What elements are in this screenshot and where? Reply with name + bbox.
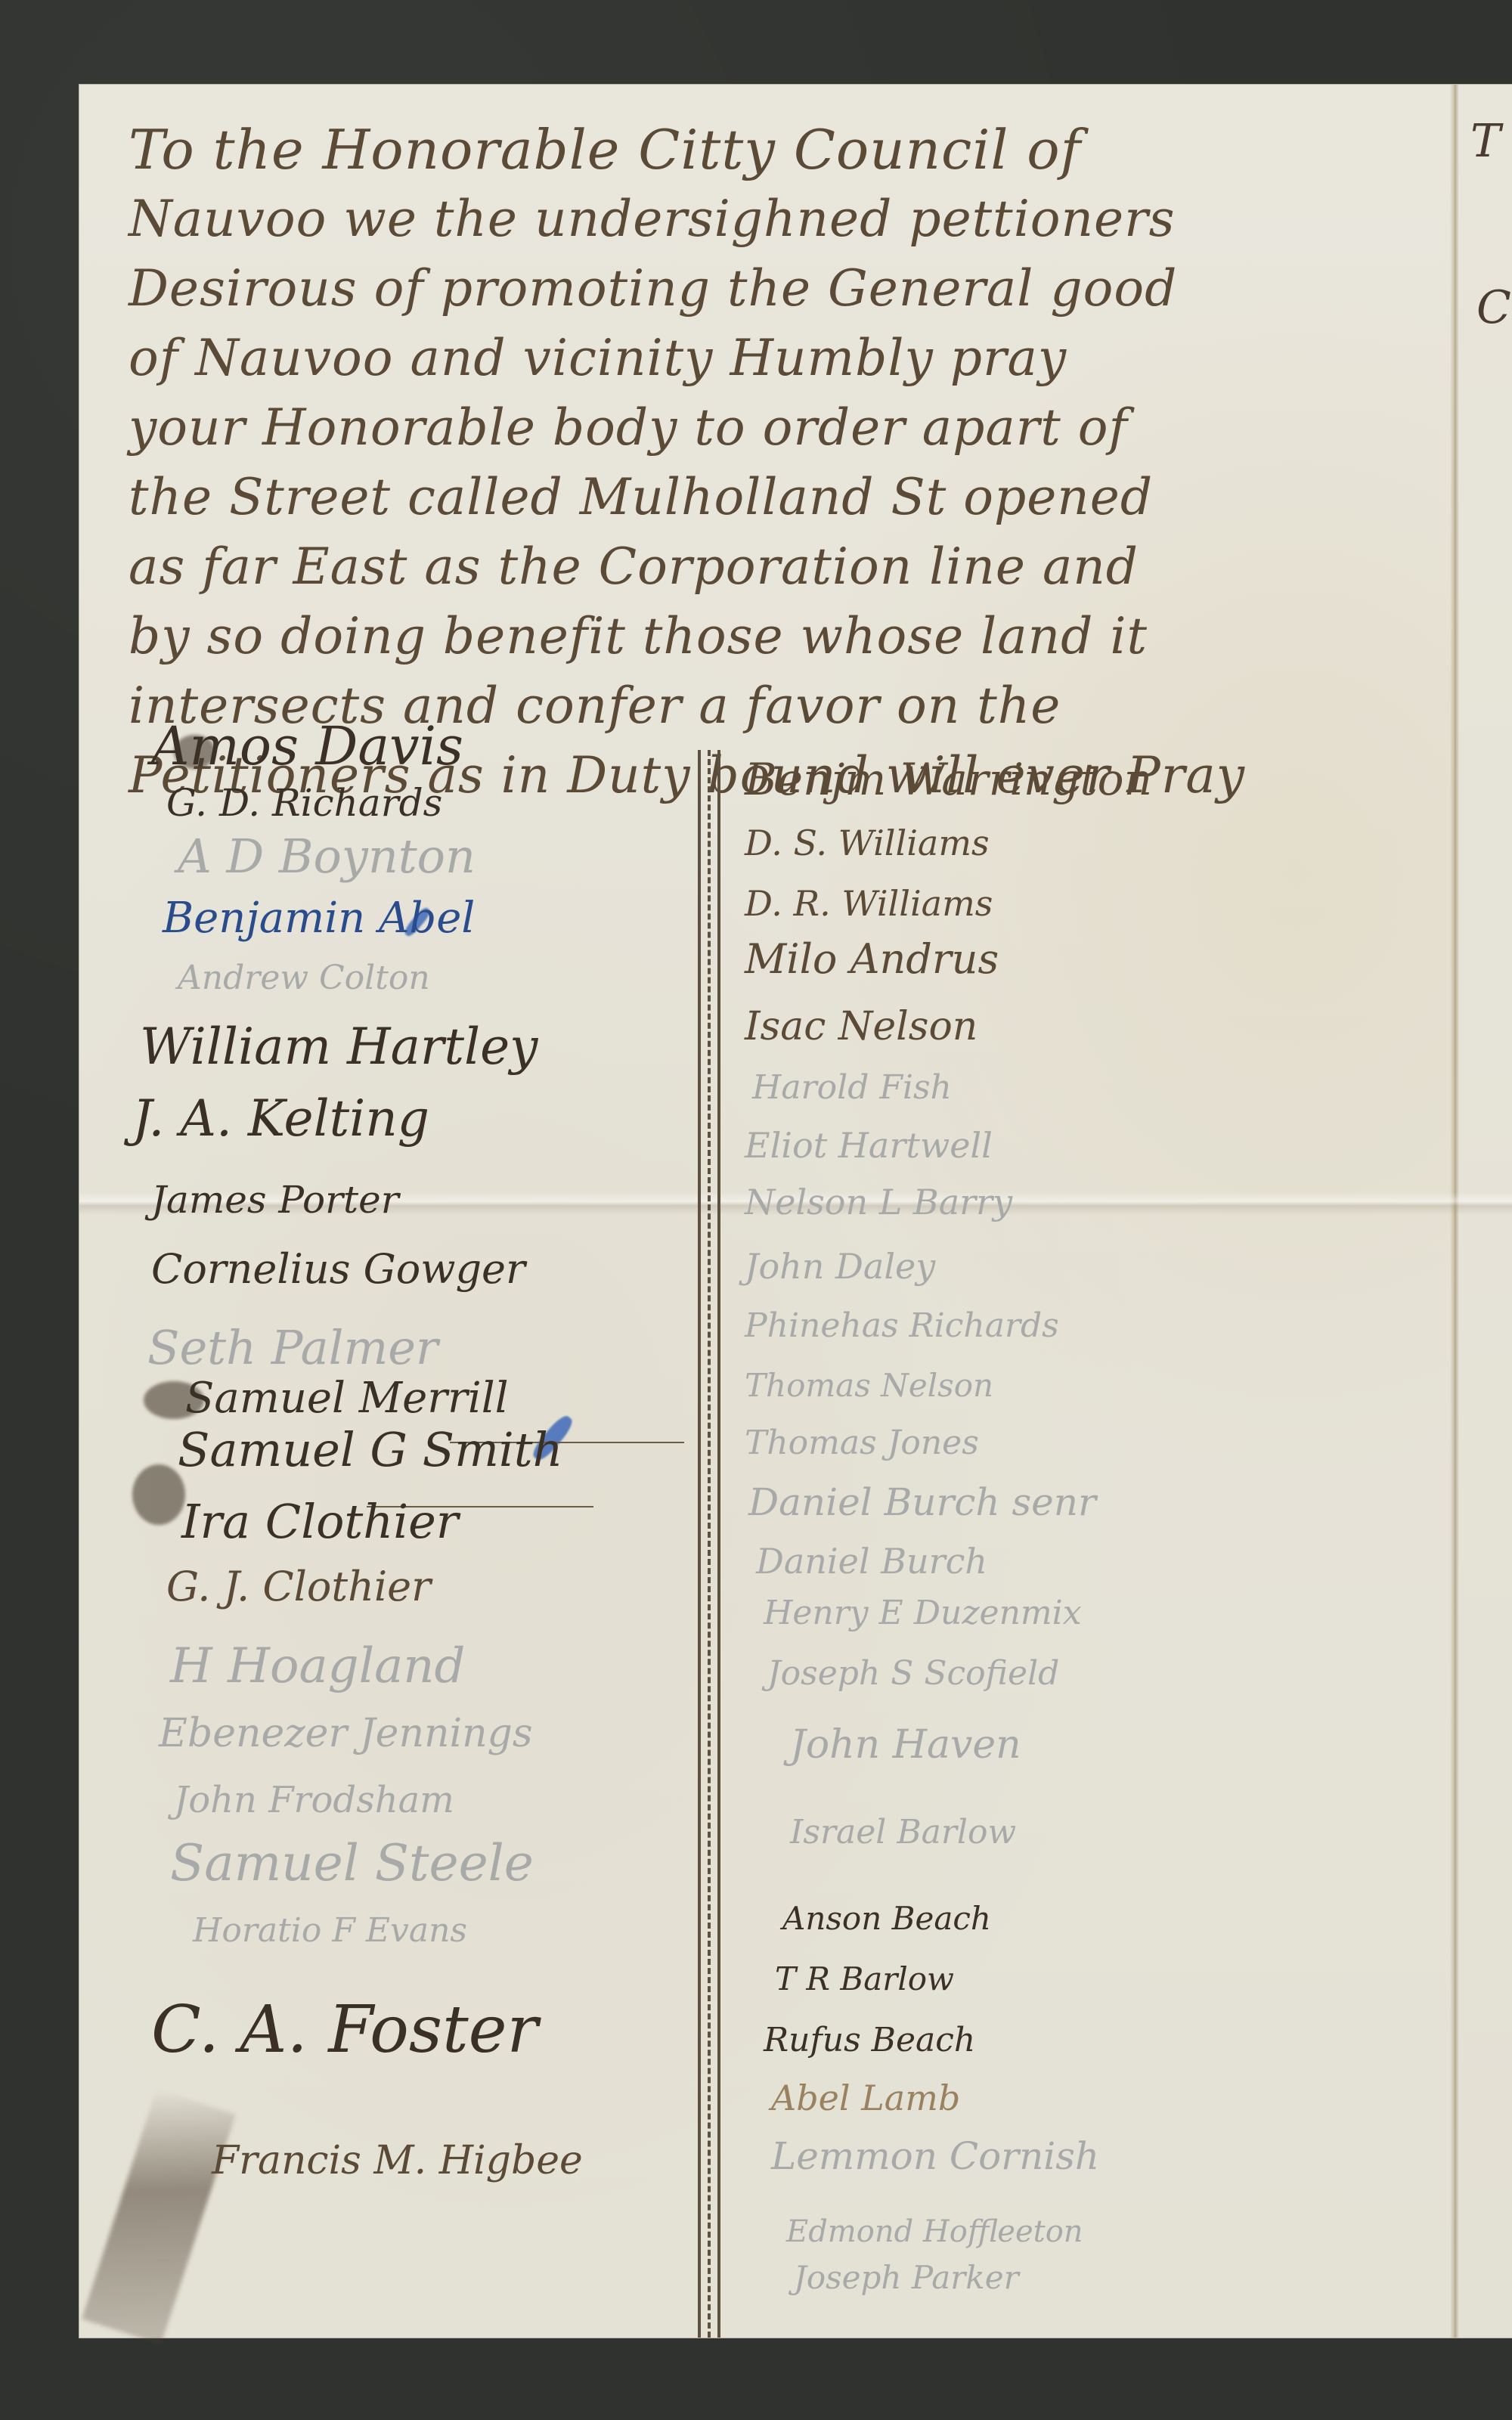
signature: Amos Davis — [151, 720, 463, 773]
signature: T R Barlow — [775, 1963, 954, 1995]
petition-line: Nauvoo we the undersighned pettioners — [129, 184, 1459, 254]
signature: C. A. Foster — [151, 1997, 538, 2062]
signature: Nelson L Barry — [745, 1185, 1012, 1219]
petition-line: as far East as the Corporation line and — [129, 532, 1459, 602]
signature: Rufus Beach — [764, 2024, 975, 2057]
signature: H Hoagland — [170, 1642, 465, 1690]
petition-line: Desirous of promoting the General good — [129, 254, 1459, 324]
signature: Andrew Colton — [178, 962, 430, 995]
signature: D. S. Williams — [745, 826, 990, 860]
signature: Anson Beach — [782, 1903, 991, 1935]
ink-smear — [82, 2089, 236, 2344]
petition-line: by so doing benefit those whose land it — [129, 602, 1459, 671]
signature: Israel Barlow — [790, 1816, 1016, 1849]
signature: Samuel Merrill — [185, 1377, 509, 1420]
page-two-fragment: C — [1476, 281, 1511, 334]
signature: Thomas Jones — [745, 1427, 979, 1460]
signature: J. A. Kelting — [132, 1094, 429, 1144]
signature: G. J. Clothier — [166, 1566, 431, 1607]
signature: Milo Andrus — [745, 939, 999, 980]
petition-body: To the Honorable Citty Council of Nauvoo… — [129, 115, 1459, 810]
signature: Phinehas Richards — [745, 1309, 1059, 1343]
signature: Seth Palmer — [147, 1325, 438, 1371]
signature: Ira Clothier — [181, 1498, 458, 1545]
signature: Edmond Hoffleeton — [786, 2217, 1083, 2247]
signature: Horatio F Evans — [193, 1914, 467, 1947]
signature: Daniel Burch — [756, 1544, 987, 1579]
petition-line: the Street called Mulholland St opened — [129, 463, 1459, 532]
signature: Henry E Duzenmix — [764, 1597, 1082, 1630]
page-two-fragment: T — [1470, 115, 1501, 168]
signature: Samuel G Smith — [178, 1427, 563, 1473]
signature: Abel Lamb — [771, 2081, 960, 2115]
signature: John Frodsham — [174, 1782, 454, 1818]
petition-line: your Honorable body to order apart of — [129, 393, 1459, 463]
signature: Thomas Nelson — [745, 1370, 993, 1402]
petition-sheet: T C To the Honorable Citty Council of Na… — [79, 85, 1512, 2338]
signature: William Hartley — [140, 1022, 538, 1072]
signature-column-divider — [698, 750, 720, 2338]
petition-line: of Nauvoo and vicinity Humbly pray — [129, 324, 1459, 393]
signature: Benjm Warrington — [745, 758, 1152, 801]
signature: Lemmon Cornish — [771, 2137, 1099, 2175]
signature: Samuel Steele — [170, 1839, 534, 1889]
signature: Eliot Hartwell — [745, 1128, 993, 1163]
signature: D. R. Williams — [745, 886, 993, 921]
signature: Isac Nelson — [745, 1007, 978, 1046]
signature: Daniel Burch senr — [748, 1483, 1096, 1521]
signature: Joseph S Scofield — [767, 1657, 1059, 1690]
petition-line: To the Honorable Citty Council of — [129, 115, 1459, 184]
signature: John Haven — [790, 1725, 1021, 1765]
signature: A D Boynton — [178, 833, 476, 880]
signature: Benjamin Abel — [163, 897, 475, 940]
signature: Ebenezer Jennings — [159, 1714, 533, 1753]
signature: G. D. Richards — [166, 784, 442, 822]
signature: Harold Fish — [752, 1071, 952, 1105]
signature: Francis M. Higbee — [212, 2141, 583, 2180]
signature: Cornelius Gowger — [151, 1249, 525, 1290]
signature: Joseph Parker — [794, 2262, 1019, 2294]
signature: James Porter — [151, 1181, 399, 1219]
signature: John Daley — [745, 1249, 935, 1284]
